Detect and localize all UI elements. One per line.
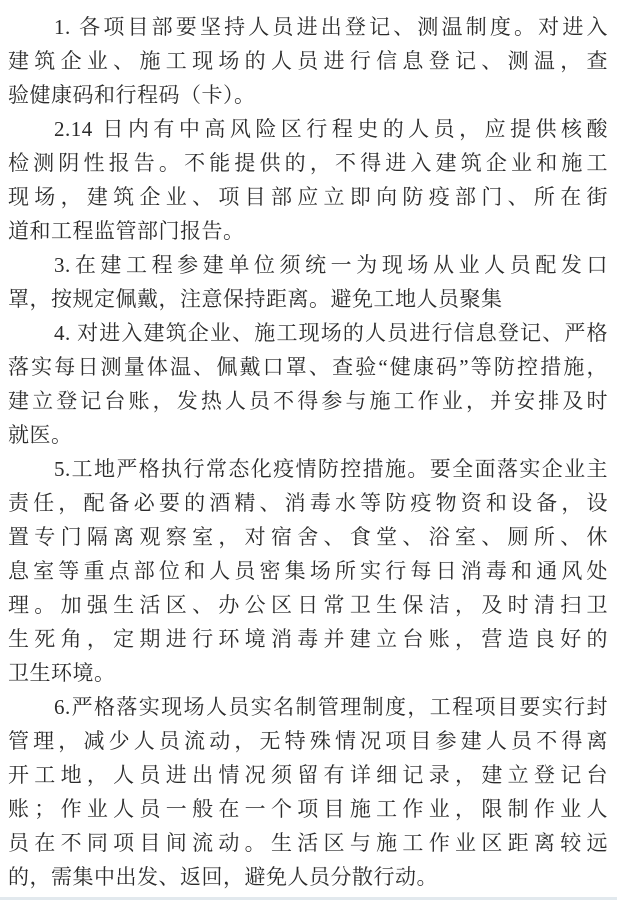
text-line: 建筑企业、施工现场的人员进行信息登记、测温，查 [8, 44, 608, 78]
document-page: 1. 各项目部要坚持人员进出登记、测温制度。对进入建筑企业、施工现场的人员进行信… [0, 0, 617, 900]
text-line: 建立登记台账，发热人员不得参与施工作业，并安排及时 [8, 384, 608, 418]
text-line: 落实每日测量体温、佩戴口罩、查验“健康码”等防控措施， [8, 350, 608, 384]
text-line: 罩，按规定佩戴，注意保持距离。避免工地人员聚集 [8, 282, 608, 316]
paragraph: 2.14 日内有中高风险区行程史的人员，应提供核酸检测阴性报告。不能提供的，不得… [8, 112, 608, 248]
text-line: 1. 各项目部要坚持人员进出登记、测温制度。对进入 [8, 10, 608, 44]
text-line: 6.严格落实现场人员实名制管理制度，工程项目要实行封闭 [8, 690, 608, 724]
text-line: 3.在建工程参建单位须统一为现场从业人员配发口 [8, 248, 608, 282]
text-line: 2.14 日内有中高风险区行程史的人员，应提供核酸 [8, 112, 608, 146]
text-line: 生死角，定期进行环境消毒并建立台账，营造良好的 [8, 622, 608, 656]
text-line: 5.工地严格执行常态化疫情防控措施。要全面落实企业主体 [8, 452, 608, 486]
paragraph: 3.在建工程参建单位须统一为现场从业人员配发口罩，按规定佩戴，注意保持距离。避免… [8, 248, 608, 316]
text-line: 置专门隔离观察室，对宿舍、食堂、浴室、厕所、休 [8, 520, 608, 554]
text-line: 的，需集中出发、返回，避免人员分散行动。 [8, 860, 608, 894]
paragraph: 5.工地严格执行常态化疫情防控措施。要全面落实企业主体责任，配备必要的酒精、消毒… [8, 452, 608, 690]
text-line: 检测阴性报告。不能提供的，不得进入建筑企业和施工 [8, 146, 608, 180]
paragraph: 4. 对进入建筑企业、施工现场的人员进行信息登记、严格落实每日测量体温、佩戴口罩… [8, 316, 608, 452]
text-line: 验健康码和行程码（卡）。 [8, 78, 608, 112]
text-line: 账；作业人员一般在一个项目施工作业，限制作业人 [8, 792, 608, 826]
text-line: 管理，减少人员流动，无特殊情况项目参建人员不得离 [8, 724, 608, 758]
text-line: 就医。 [8, 418, 608, 452]
text-line: 息室等重点部位和人员密集场所实行每日消毒和通风处 [8, 554, 608, 588]
paragraph: 6.严格落实现场人员实名制管理制度，工程项目要实行封闭管理，减少人员流动，无特殊… [8, 690, 608, 894]
paragraph: 1. 各项目部要坚持人员进出登记、测温制度。对进入建筑企业、施工现场的人员进行信… [8, 10, 608, 112]
text-line: 员在不同项目间流动。生活区与施工作业区距离较远 [8, 826, 608, 860]
text-line: 开工地，人员进出情况须留有详细记录，建立登记台 [8, 758, 608, 792]
document-body: 1. 各项目部要坚持人员进出登记、测温制度。对进入建筑企业、施工现场的人员进行信… [8, 10, 608, 894]
text-line: 理。加强生活区、办公区日常卫生保洁，及时清扫卫 [8, 588, 608, 622]
text-line: 4. 对进入建筑企业、施工现场的人员进行信息登记、严格 [8, 316, 608, 350]
text-line: 道和工程监管部门报告。 [8, 214, 608, 248]
text-line: 责任，配备必要的酒精、消毒水等防疫物资和设备，设 [8, 486, 608, 520]
text-line: 卫生环境。 [8, 656, 608, 690]
text-line: 现场，建筑企业、项目部应立即向防疫部门、所在街 [8, 180, 608, 214]
